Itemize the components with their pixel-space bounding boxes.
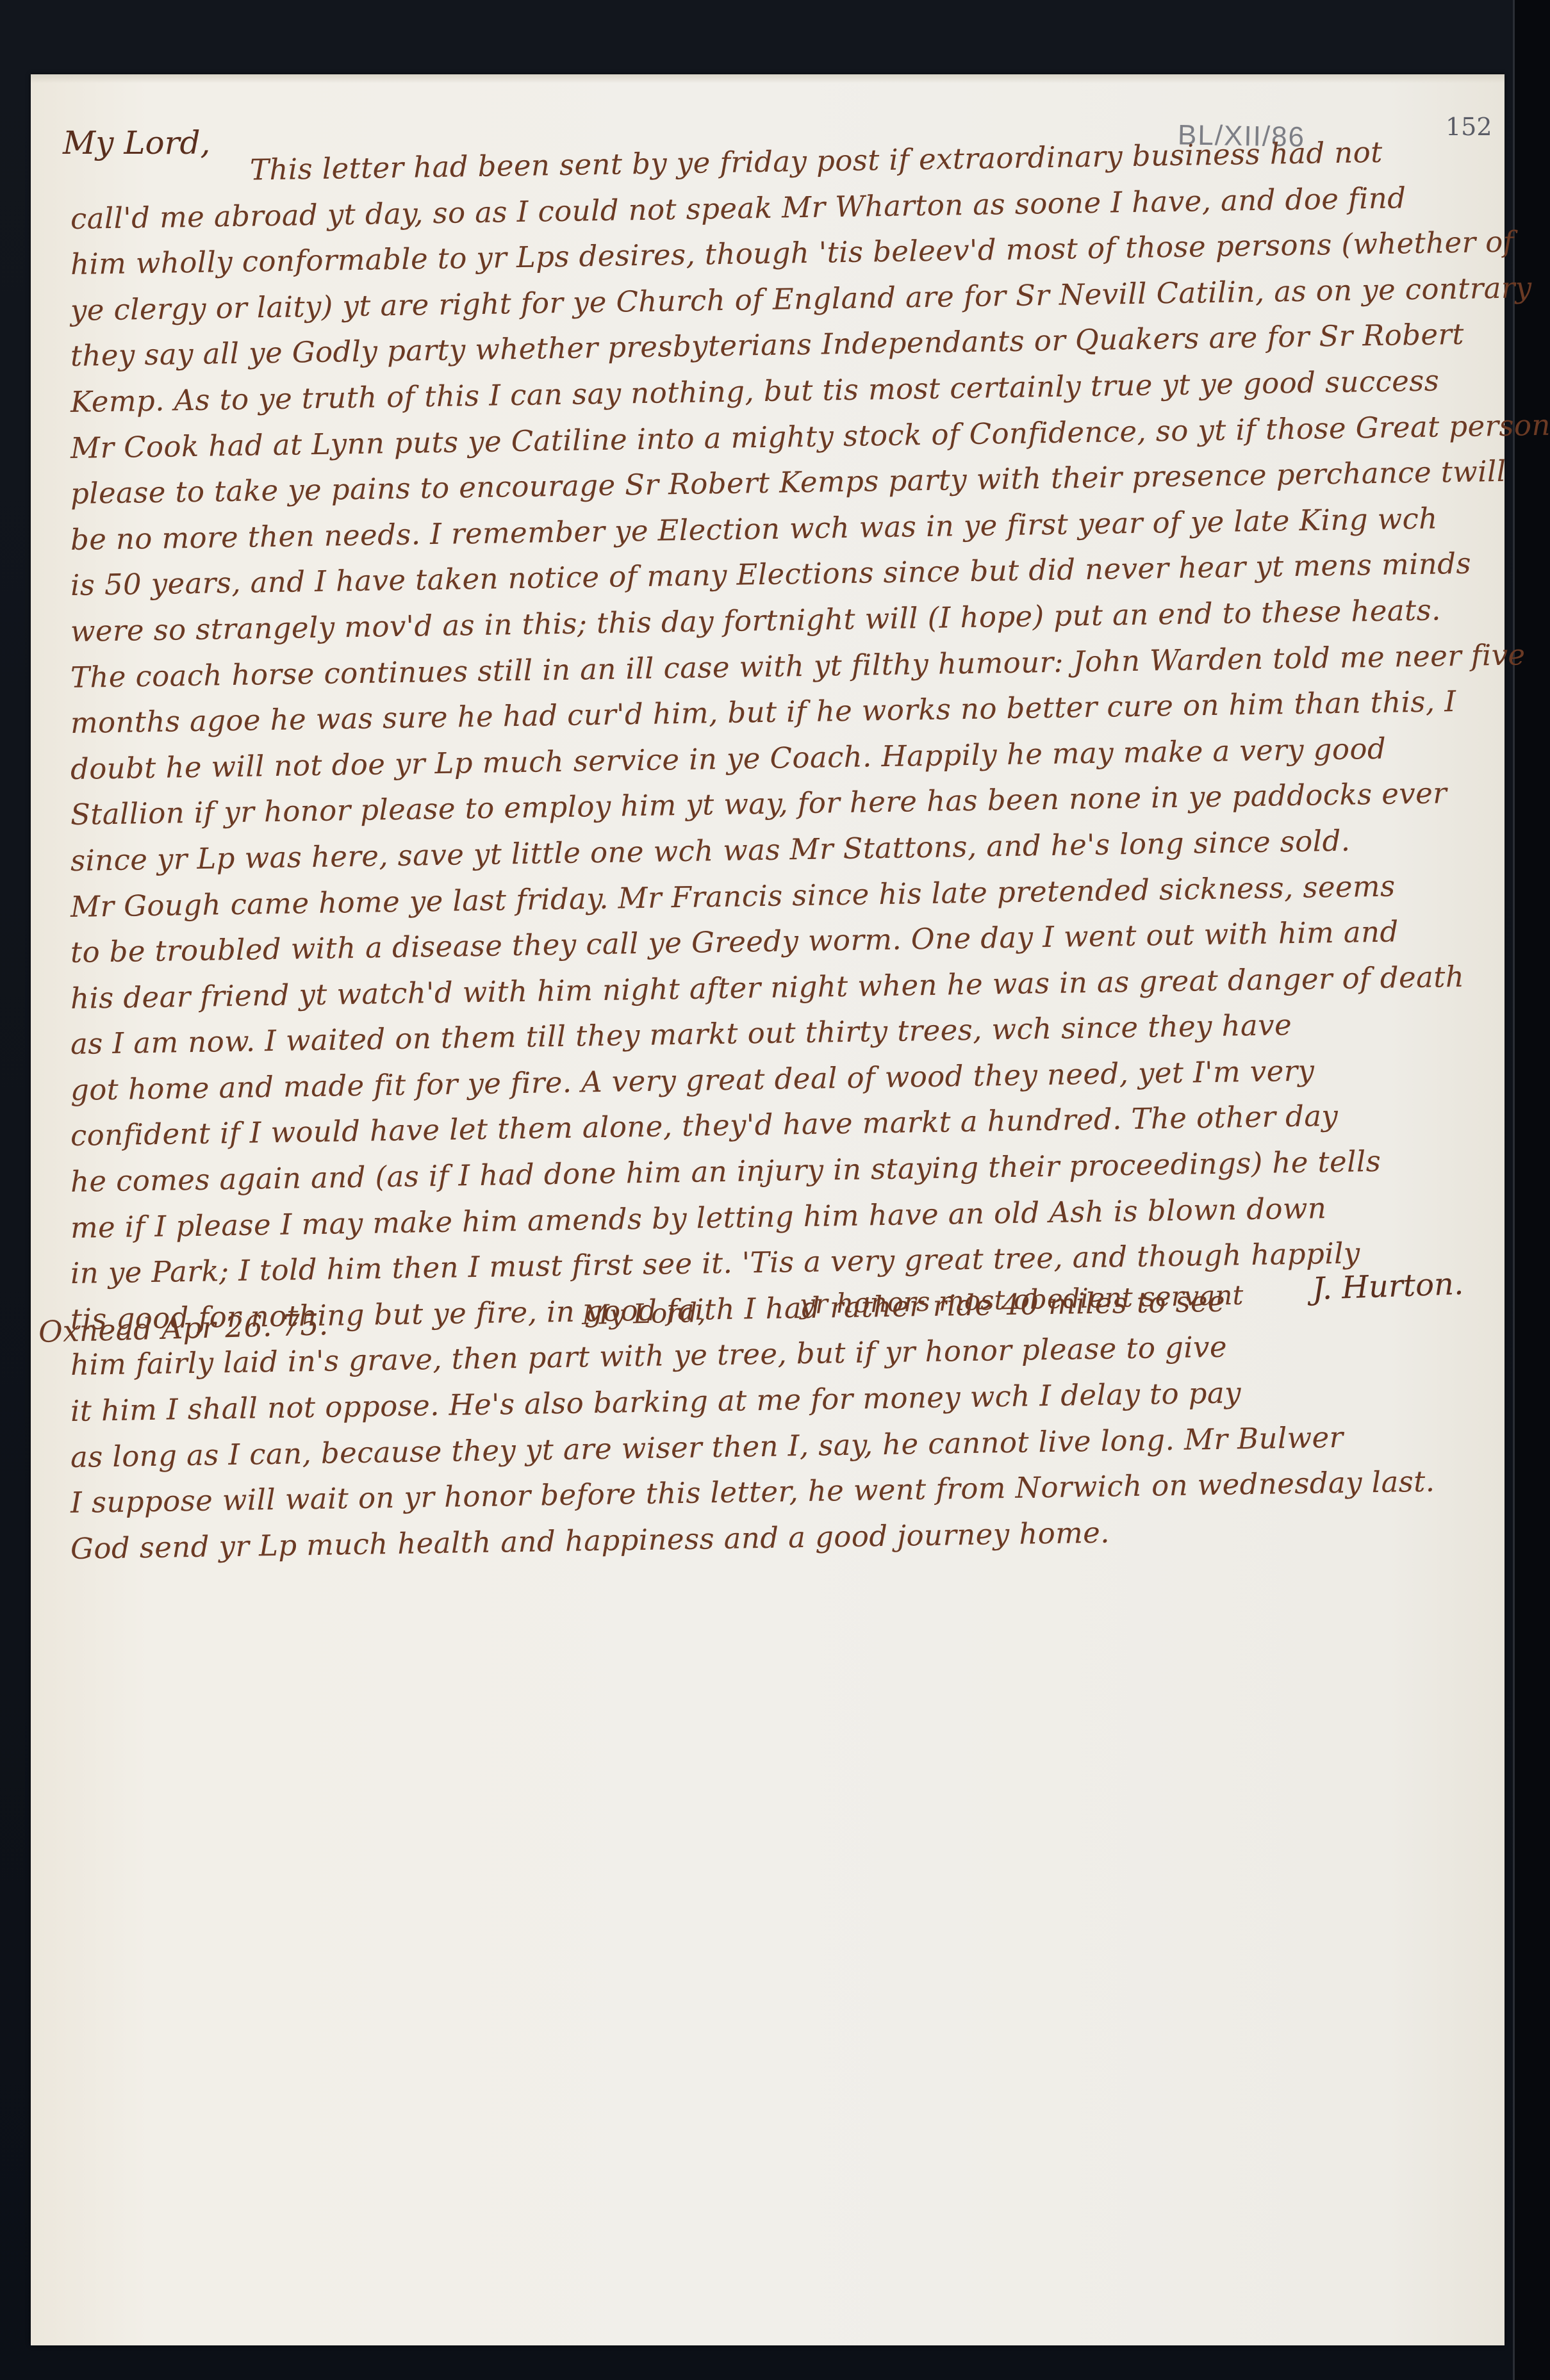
valediction: My Lord, [582, 1297, 707, 1331]
mount-edge [1513, 0, 1550, 2380]
manuscript-page: BL/XII/86 152 My Lord, This letter had b… [31, 74, 1505, 2345]
letter-closing: Oxnead Apr 26. 75. My Lord, yr honors mo… [31, 1298, 1505, 1375]
signature: J. Hurton. [1312, 1266, 1464, 1307]
dateline: Oxnead Apr 26. 75. [38, 1307, 328, 1349]
